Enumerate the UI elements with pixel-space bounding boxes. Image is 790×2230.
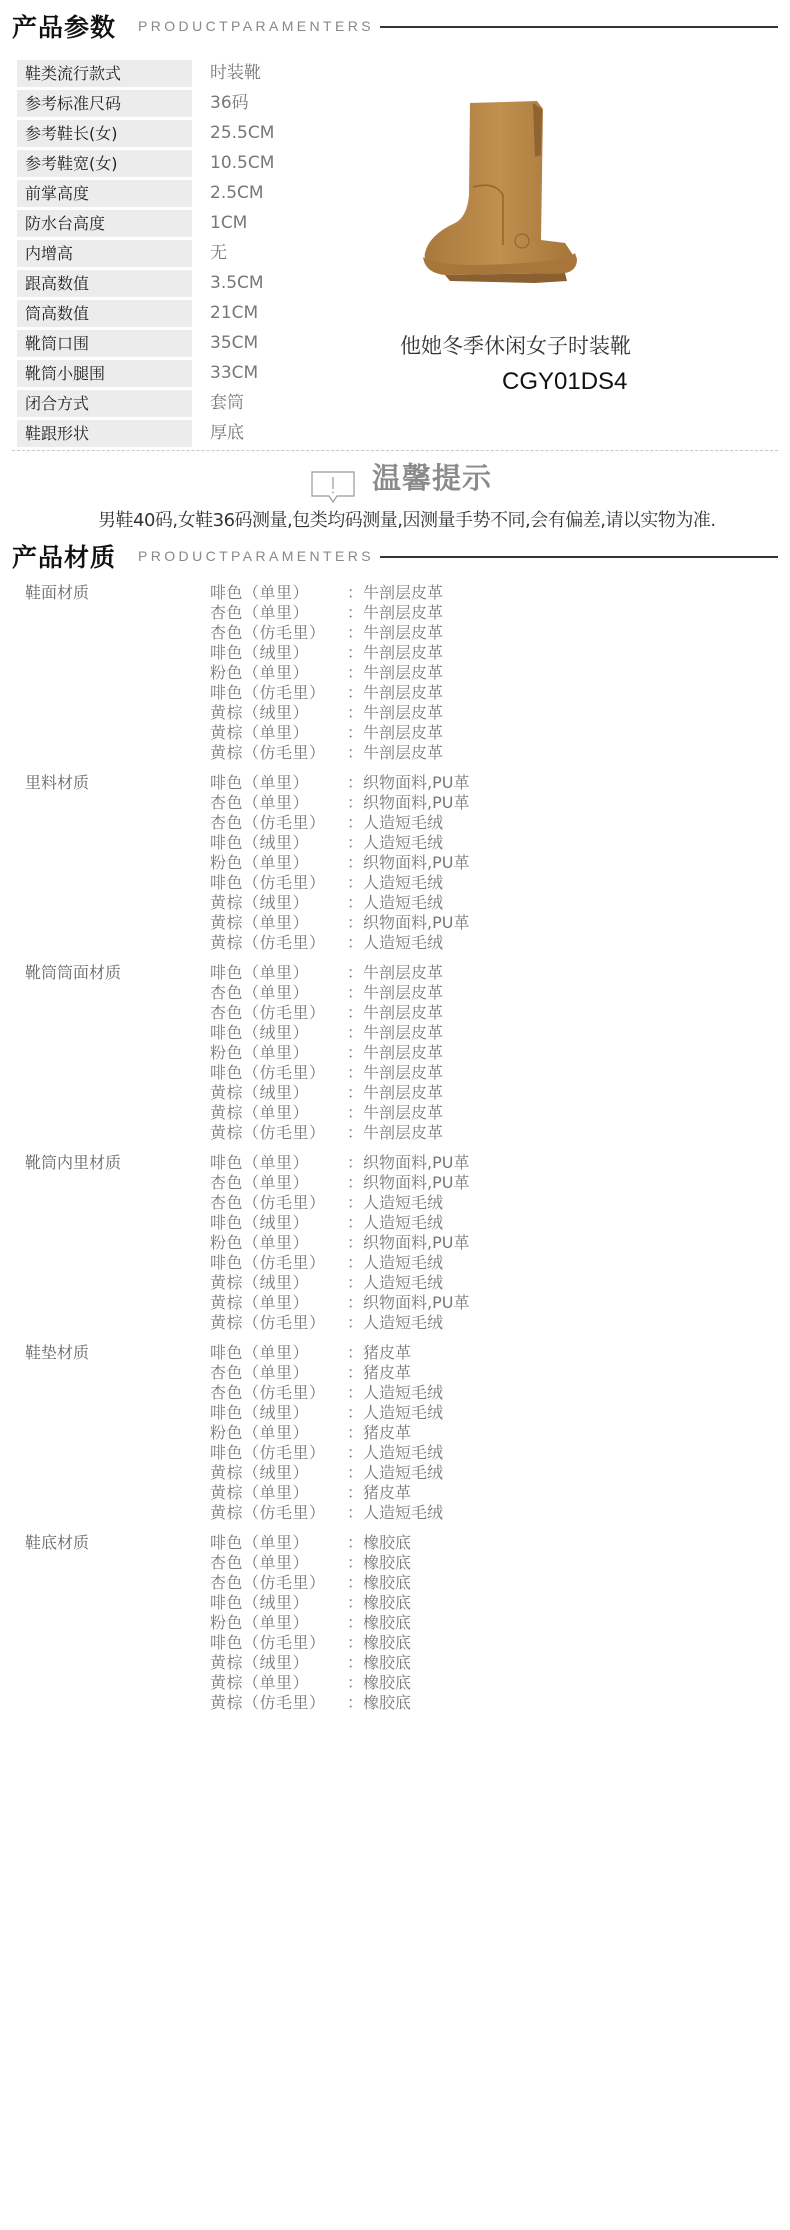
material-line: 黄棕（仿毛里）：橡胶底 (210, 1693, 411, 1713)
material-value: ：织物面料,PU革 (347, 773, 469, 793)
material-value: ：牛剖层皮革 (347, 603, 443, 623)
param-row: 防水台高度1CM (17, 210, 387, 240)
material-lines: 啡色（单里）：橡胶底杏色（单里）：橡胶底杏色（仿毛里）：橡胶底啡色（绒里）：橡胶… (210, 1533, 411, 1713)
param-label: 靴筒小腿围 (17, 360, 192, 387)
material-value: ：橡胶底 (347, 1593, 411, 1613)
material-line: 粉色（单里）：织物面料,PU革 (210, 853, 469, 873)
material-value: ：织物面料,PU革 (347, 1173, 469, 1193)
material-variant: 粉色（单里） (210, 1233, 347, 1253)
material-group-label: 鞋面材质 (0, 583, 210, 763)
material-line: 啡色（仿毛里）：人造短毛绒 (210, 1253, 469, 1273)
material-variant: 粉色（单里） (210, 1043, 347, 1063)
material-value: ：织物面料,PU革 (347, 1153, 469, 1173)
material-value: ：牛剖层皮革 (347, 1103, 443, 1123)
material-line: 黄棕（单里）：牛剖层皮革 (210, 1103, 443, 1123)
material-variant: 啡色（单里） (210, 1343, 347, 1363)
material-lines: 啡色（单里）：牛剖层皮革杏色（单里）：牛剖层皮革杏色（仿毛里）：牛剖层皮革啡色（… (210, 963, 443, 1143)
material-value: ：猪皮革 (347, 1363, 411, 1383)
material-line: 黄棕（仿毛里）：牛剖层皮革 (210, 743, 443, 763)
material-line: 啡色（单里）：织物面料,PU革 (210, 1153, 469, 1173)
param-row: 筒高数值21CM (17, 300, 387, 330)
param-label: 靴筒口围 (17, 330, 192, 357)
boot-icon (415, 95, 595, 295)
materials-list: 鞋面材质啡色（单里）：牛剖层皮革杏色（单里）：牛剖层皮革杏色（仿毛里）：牛剖层皮… (0, 583, 790, 1723)
material-value: ：织物面料,PU革 (347, 1233, 469, 1253)
header-divider (380, 26, 778, 28)
param-value: 无 (192, 240, 227, 270)
material-line: 啡色（绒里）：人造短毛绒 (210, 1403, 443, 1423)
material-variant: 啡色（绒里） (210, 1023, 347, 1043)
material-variant: 杏色（单里） (210, 983, 347, 1003)
material-value: ：人造短毛绒 (347, 1213, 443, 1233)
material-variant: 黄棕（绒里） (210, 1463, 347, 1483)
param-label: 前掌高度 (17, 180, 192, 207)
material-variant: 黄棕（仿毛里） (210, 1313, 347, 1333)
material-line: 杏色（单里）：橡胶底 (210, 1553, 411, 1573)
material-variant: 黄棕（单里） (210, 1293, 347, 1313)
param-value: 33CM (192, 360, 258, 390)
material-value: ：人造短毛绒 (347, 1503, 443, 1523)
material-variant: 啡色（仿毛里） (210, 1443, 347, 1463)
material-line: 杏色（单里）：织物面料,PU革 (210, 793, 469, 813)
exclamation-speech-bubble-icon (310, 470, 356, 506)
materials-section-subtitle: PRODUCTPARAMENTERS (138, 548, 374, 564)
material-line: 杏色（单里）：织物面料,PU革 (210, 1173, 469, 1193)
material-group-label: 里料材质 (0, 773, 210, 953)
tip-title: 温馨提示 (372, 456, 492, 497)
material-line: 啡色（仿毛里）：牛剖层皮革 (210, 1063, 443, 1083)
material-variant: 杏色（单里） (210, 1173, 347, 1193)
material-variant: 黄棕（单里） (210, 723, 347, 743)
material-line: 黄棕（仿毛里）：人造短毛绒 (210, 1313, 469, 1333)
product-boot-image (415, 95, 595, 295)
param-value: 3.5CM (192, 270, 264, 300)
material-line: 黄棕（仿毛里）：人造短毛绒 (210, 1503, 443, 1523)
material-variant: 杏色（仿毛里） (210, 813, 347, 833)
material-variant: 粉色（单里） (210, 663, 347, 683)
material-variant: 黄棕（仿毛里） (210, 1693, 347, 1713)
material-line: 啡色（仿毛里）：橡胶底 (210, 1633, 411, 1653)
material-value: ：织物面料,PU革 (347, 853, 469, 873)
param-value: 2.5CM (192, 180, 264, 210)
params-table: 鞋类流行款式时装靴 参考标准尺码36码 参考鞋长(女)25.5CM 参考鞋宽(女… (17, 60, 387, 450)
material-variant: 黄棕（仿毛里） (210, 1503, 347, 1523)
material-variant: 黄棕（单里） (210, 913, 347, 933)
param-label: 跟高数值 (17, 270, 192, 297)
material-variant: 杏色（单里） (210, 793, 347, 813)
params-section-header: 产品参数 PRODUCTPARAMENTERS (12, 6, 778, 46)
material-group: 鞋垫材质啡色（单里）：猪皮革杏色（单里）：猪皮革杏色（仿毛里）：人造短毛绒啡色（… (0, 1343, 790, 1523)
param-row: 参考鞋宽(女)10.5CM (17, 150, 387, 180)
param-row: 闭合方式套筒 (17, 390, 387, 420)
material-line: 啡色（仿毛里）：牛剖层皮革 (210, 683, 443, 703)
material-value: ：猪皮革 (347, 1343, 411, 1363)
material-line: 黄棕（绒里）：人造短毛绒 (210, 1463, 443, 1483)
material-value: ：人造短毛绒 (347, 1463, 443, 1483)
material-line: 粉色（单里）：牛剖层皮革 (210, 663, 443, 683)
material-line: 啡色（单里）：牛剖层皮革 (210, 963, 443, 983)
material-variant: 啡色（绒里） (210, 1593, 347, 1613)
material-variant: 粉色（单里） (210, 1613, 347, 1633)
material-line: 啡色（绒里）：人造短毛绒 (210, 833, 469, 853)
param-row: 靴筒口围35CM (17, 330, 387, 360)
material-variant: 黄棕（绒里） (210, 703, 347, 723)
material-lines: 啡色（单里）：织物面料,PU革杏色（单里）：织物面料,PU革杏色（仿毛里）：人造… (210, 773, 469, 953)
material-variant: 杏色（单里） (210, 1363, 347, 1383)
material-line: 杏色（仿毛里）：橡胶底 (210, 1573, 411, 1593)
material-line: 黄棕（绒里）：牛剖层皮革 (210, 1083, 443, 1103)
material-variant: 杏色（单里） (210, 1553, 347, 1573)
material-variant: 黄棕（仿毛里） (210, 1123, 347, 1143)
param-row: 内增高无 (17, 240, 387, 270)
param-label: 内增高 (17, 240, 192, 267)
param-value: 套筒 (192, 390, 244, 420)
material-variant: 黄棕（绒里） (210, 1653, 347, 1673)
material-value: ：牛剖层皮革 (347, 743, 443, 763)
material-value: ：橡胶底 (347, 1673, 411, 1693)
material-variant: 啡色（仿毛里） (210, 683, 347, 703)
material-line: 黄棕（仿毛里）：牛剖层皮革 (210, 1123, 443, 1143)
material-value: ：人造短毛绒 (347, 1313, 443, 1333)
material-value: ：牛剖层皮革 (347, 583, 443, 603)
material-line: 粉色（单里）：猪皮革 (210, 1423, 443, 1443)
material-value: ：人造短毛绒 (347, 813, 443, 833)
material-line: 杏色（仿毛里）：牛剖层皮革 (210, 1003, 443, 1023)
material-line: 杏色（单里）：猪皮革 (210, 1363, 443, 1383)
material-value: ：牛剖层皮革 (347, 1043, 443, 1063)
material-variant: 杏色（仿毛里） (210, 1573, 347, 1593)
material-value: ：人造短毛绒 (347, 933, 443, 953)
material-variant: 啡色（绒里） (210, 833, 347, 853)
material-variant: 黄棕（仿毛里） (210, 743, 347, 763)
material-value: ：人造短毛绒 (347, 1383, 443, 1403)
material-variant: 啡色（绒里） (210, 1213, 347, 1233)
material-group-label: 靴筒筒面材质 (0, 963, 210, 1143)
tip-text: 男鞋40码,女鞋36码测量,包类均码测量,因测量手势不同,会有偏差,请以实物为准… (98, 506, 716, 532)
params-section-subtitle: PRODUCTPARAMENTERS (138, 18, 374, 34)
material-value: ：橡胶底 (347, 1533, 411, 1553)
material-variant: 啡色（单里） (210, 963, 347, 983)
material-line: 黄棕（绒里）：人造短毛绒 (210, 893, 469, 913)
material-line: 杏色（仿毛里）：人造短毛绒 (210, 1193, 469, 1213)
material-variant: 啡色（单里） (210, 1153, 347, 1173)
material-value: ：橡胶底 (347, 1613, 411, 1633)
material-line: 啡色（单里）：牛剖层皮革 (210, 583, 443, 603)
param-value: 36码 (192, 90, 249, 120)
material-line: 啡色（仿毛里）：人造短毛绒 (210, 1443, 443, 1463)
material-value: ：猪皮革 (347, 1423, 411, 1443)
material-group: 里料材质啡色（单里）：织物面料,PU革杏色（单里）：织物面料,PU革杏色（仿毛里… (0, 773, 790, 953)
param-row: 参考鞋长(女)25.5CM (17, 120, 387, 150)
param-row: 鞋类流行款式时装靴 (17, 60, 387, 90)
material-variant: 粉色（单里） (210, 853, 347, 873)
material-group: 靴筒筒面材质啡色（单里）：牛剖层皮革杏色（单里）：牛剖层皮革杏色（仿毛里）：牛剖… (0, 963, 790, 1143)
material-line: 啡色（绒里）：人造短毛绒 (210, 1213, 469, 1233)
param-label: 鞋类流行款式 (17, 60, 192, 87)
material-line: 粉色（单里）：牛剖层皮革 (210, 1043, 443, 1063)
material-line: 粉色（单里）：织物面料,PU革 (210, 1233, 469, 1253)
material-line: 黄棕（仿毛里）：人造短毛绒 (210, 933, 469, 953)
param-row: 参考标准尺码36码 (17, 90, 387, 120)
param-row: 鞋跟形状厚底 (17, 420, 387, 450)
materials-section-header: 产品材质 PRODUCTPARAMENTERS (12, 536, 778, 576)
material-line: 啡色（绒里）：牛剖层皮革 (210, 1023, 443, 1043)
param-label: 闭合方式 (17, 390, 192, 417)
material-value: ：人造短毛绒 (347, 1253, 443, 1273)
material-variant: 啡色（仿毛里） (210, 873, 347, 893)
material-variant: 啡色（单里） (210, 583, 347, 603)
material-value: ：牛剖层皮革 (347, 1003, 443, 1023)
param-label: 参考鞋宽(女) (17, 150, 192, 177)
material-variant: 啡色（仿毛里） (210, 1063, 347, 1083)
material-variant: 黄棕（绒里） (210, 893, 347, 913)
material-value: ：猪皮革 (347, 1483, 411, 1503)
material-variant: 啡色（绒里） (210, 1403, 347, 1423)
param-value: 21CM (192, 300, 258, 330)
product-code: CGY01DS4 (502, 368, 627, 396)
material-group-label: 靴筒内里材质 (0, 1153, 210, 1333)
material-value: ：橡胶底 (347, 1633, 411, 1653)
material-group: 鞋面材质啡色（单里）：牛剖层皮革杏色（单里）：牛剖层皮革杏色（仿毛里）：牛剖层皮… (0, 583, 790, 763)
material-line: 杏色（仿毛里）：人造短毛绒 (210, 813, 469, 833)
material-variant: 啡色（单里） (210, 773, 347, 793)
material-value: ：牛剖层皮革 (347, 723, 443, 743)
material-variant: 黄棕（仿毛里） (210, 933, 347, 953)
material-value: ：人造短毛绒 (347, 873, 443, 893)
material-value: ：人造短毛绒 (347, 1403, 443, 1423)
material-variant: 黄棕（单里） (210, 1483, 347, 1503)
material-group-label: 鞋底材质 (0, 1533, 210, 1713)
material-value: ：织物面料,PU革 (347, 1293, 469, 1313)
param-value: 时装靴 (192, 60, 261, 90)
param-value: 1CM (192, 210, 247, 240)
param-row: 前掌高度2.5CM (17, 180, 387, 210)
material-value: ：织物面料,PU革 (347, 913, 469, 933)
material-value: ：牛剖层皮革 (347, 1023, 443, 1043)
material-variant: 黄棕（绒里） (210, 1083, 347, 1103)
material-value: ：牛剖层皮革 (347, 643, 443, 663)
material-value: ：牛剖层皮革 (347, 983, 443, 1003)
material-value: ：橡胶底 (347, 1573, 411, 1593)
material-group: 靴筒内里材质啡色（单里）：织物面料,PU革杏色（单里）：织物面料,PU革杏色（仿… (0, 1153, 790, 1333)
material-variant: 黄棕（绒里） (210, 1273, 347, 1293)
material-value: ：人造短毛绒 (347, 1193, 443, 1213)
param-value: 35CM (192, 330, 258, 360)
material-value: ：牛剖层皮革 (347, 963, 443, 983)
material-value: ：橡胶底 (347, 1653, 411, 1673)
param-row: 跟高数值3.5CM (17, 270, 387, 300)
material-line: 啡色（单里）：猪皮革 (210, 1343, 443, 1363)
material-value: ：人造短毛绒 (347, 893, 443, 913)
material-variant: 黄棕（单里） (210, 1103, 347, 1123)
material-value: ：人造短毛绒 (347, 1443, 443, 1463)
material-variant: 粉色（单里） (210, 1423, 347, 1443)
header-divider (380, 556, 778, 558)
material-variant: 杏色（仿毛里） (210, 1193, 347, 1213)
material-value: ：牛剖层皮革 (347, 623, 443, 643)
material-line: 啡色（绒里）：橡胶底 (210, 1593, 411, 1613)
material-value: ：牛剖层皮革 (347, 1123, 443, 1143)
material-value: ：牛剖层皮革 (347, 663, 443, 683)
material-variant: 杏色（仿毛里） (210, 623, 347, 643)
param-label: 鞋跟形状 (17, 420, 192, 447)
material-line: 黄棕（绒里）：橡胶底 (210, 1653, 411, 1673)
material-value: ：牛剖层皮革 (347, 1063, 443, 1083)
material-line: 黄棕（绒里）：牛剖层皮革 (210, 703, 443, 723)
material-variant: 杏色（仿毛里） (210, 1383, 347, 1403)
param-label: 参考鞋长(女) (17, 120, 192, 147)
param-label: 防水台高度 (17, 210, 192, 237)
material-group: 鞋底材质啡色（单里）：橡胶底杏色（单里）：橡胶底杏色（仿毛里）：橡胶底啡色（绒里… (0, 1533, 790, 1713)
material-line: 粉色（单里）：橡胶底 (210, 1613, 411, 1633)
material-line: 黄棕（单里）：织物面料,PU革 (210, 1293, 469, 1313)
dashed-divider (12, 450, 778, 451)
material-variant: 杏色（单里） (210, 603, 347, 623)
material-lines: 啡色（单里）：织物面料,PU革杏色（单里）：织物面料,PU革杏色（仿毛里）：人造… (210, 1153, 469, 1333)
material-line: 黄棕（单里）：牛剖层皮革 (210, 723, 443, 743)
material-line: 啡色（单里）：橡胶底 (210, 1533, 411, 1553)
params-section-title: 产品参数 (12, 8, 116, 44)
material-value: ：织物面料,PU革 (347, 793, 469, 813)
material-line: 黄棕（单里）：橡胶底 (210, 1673, 411, 1693)
material-value: ：牛剖层皮革 (347, 1083, 443, 1103)
material-variant: 啡色（仿毛里） (210, 1633, 347, 1653)
material-value: ：牛剖层皮革 (347, 703, 443, 723)
material-value: ：人造短毛绒 (347, 1273, 443, 1293)
material-variant: 杏色（仿毛里） (210, 1003, 347, 1023)
product-name: 他她冬季休闲女子时装靴 (400, 330, 631, 360)
material-line: 杏色（仿毛里）：牛剖层皮革 (210, 623, 443, 643)
param-label: 参考标准尺码 (17, 90, 192, 117)
material-variant: 啡色（单里） (210, 1533, 347, 1553)
material-variant: 啡色（绒里） (210, 643, 347, 663)
material-lines: 啡色（单里）：牛剖层皮革杏色（单里）：牛剖层皮革杏色（仿毛里）：牛剖层皮革啡色（… (210, 583, 443, 763)
param-label: 筒高数值 (17, 300, 192, 327)
material-line: 黄棕（绒里）：人造短毛绒 (210, 1273, 469, 1293)
material-group-label: 鞋垫材质 (0, 1343, 210, 1523)
material-lines: 啡色（单里）：猪皮革杏色（单里）：猪皮革杏色（仿毛里）：人造短毛绒啡色（绒里）：… (210, 1343, 443, 1523)
material-line: 杏色（单里）：牛剖层皮革 (210, 983, 443, 1003)
material-variant: 黄棕（单里） (210, 1673, 347, 1693)
materials-section-title: 产品材质 (12, 538, 116, 574)
material-line: 啡色（仿毛里）：人造短毛绒 (210, 873, 469, 893)
param-row: 靴筒小腿围33CM (17, 360, 387, 390)
material-line: 杏色（仿毛里）：人造短毛绒 (210, 1383, 443, 1403)
material-line: 啡色（绒里）：牛剖层皮革 (210, 643, 443, 663)
material-value: ：人造短毛绒 (347, 833, 443, 853)
material-variant: 啡色（仿毛里） (210, 1253, 347, 1273)
material-value: ：橡胶底 (347, 1693, 411, 1713)
param-value: 25.5CM (192, 120, 274, 150)
material-line: 黄棕（单里）：织物面料,PU革 (210, 913, 469, 933)
material-value: ：橡胶底 (347, 1553, 411, 1573)
material-line: 黄棕（单里）：猪皮革 (210, 1483, 443, 1503)
material-line: 杏色（单里）：牛剖层皮革 (210, 603, 443, 623)
param-value: 厚底 (192, 420, 244, 450)
material-line: 啡色（单里）：织物面料,PU革 (210, 773, 469, 793)
material-value: ：牛剖层皮革 (347, 683, 443, 703)
param-value: 10.5CM (192, 150, 274, 180)
